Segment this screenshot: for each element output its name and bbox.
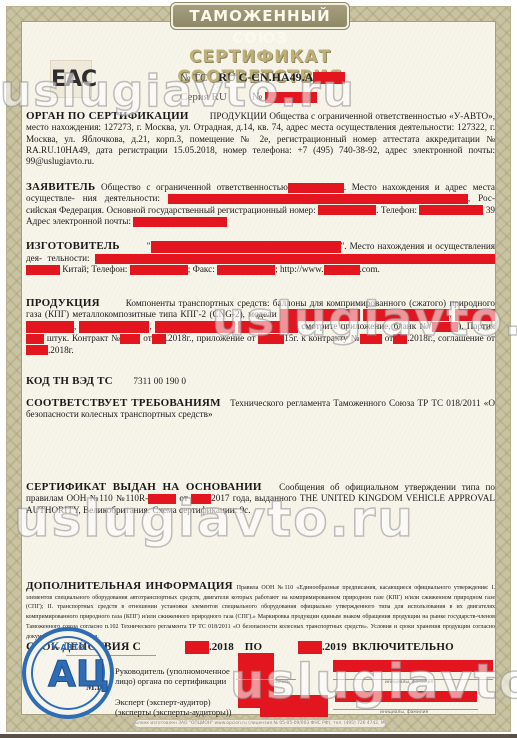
text: от <box>179 493 188 503</box>
redaction <box>298 641 322 654</box>
text: , <box>149 321 151 331</box>
stamp-text: У-АВТО <box>26 643 110 652</box>
section-label: ЗАЯВИТЕЛЬ <box>26 181 95 193</box>
redaction <box>95 254 495 264</box>
head-signature-label: Руководитель (уполномоченное лицо) орган… <box>115 666 230 686</box>
text: .2018г. <box>48 345 74 355</box>
certificate-number: № ТС RU C-CN.HA49.A <box>180 70 345 85</box>
series-no-label: № <box>252 91 263 103</box>
section-tn-ved: КОД ТН ВЭД ТС 7311 00 190 0 <box>26 376 495 387</box>
name-caption: инициалы, фамилия <box>385 680 433 685</box>
section-label: ОРГАН ПО СЕРТИФИКАЦИИ <box>26 110 189 122</box>
redaction <box>130 265 188 275</box>
redaction <box>432 322 458 332</box>
redaction <box>455 309 495 321</box>
redaction <box>155 321 235 333</box>
text: лицо) органа по сертификации <box>115 676 230 686</box>
section-applicant: ЗАЯВИТЕЛЬ Общество с ограниченной ответс… <box>26 182 495 227</box>
redaction <box>288 183 344 193</box>
certificate-series: Серия RU № <box>180 91 317 103</box>
redaction <box>313 72 345 84</box>
redaction <box>318 205 376 215</box>
section-manufacturer: ИЗГОТОВИТЕЛЬ "". Место нахождения и осущ… <box>26 241 495 276</box>
redaction <box>324 265 360 275</box>
text: 15г. к контракту № <box>284 333 360 343</box>
text: Эксперт (эксперт-аудитор) <box>115 697 231 707</box>
text: .com. <box>360 264 380 274</box>
text: ; Факс: <box>188 264 215 274</box>
redaction <box>26 345 48 355</box>
text: Китай; Телефон: <box>62 264 127 274</box>
text: ). <box>458 321 463 331</box>
section-label: СООТВЕТСТВУЕТ ТРЕБОВАНИЯМ <box>26 397 221 409</box>
redaction <box>360 334 382 344</box>
redaction <box>26 321 74 333</box>
section-additional-info: ДОПОЛНИТЕЛЬНАЯ ИНФОРМАЦИЯ Правила ООН №1… <box>26 583 495 641</box>
text: (эксперты (эксперты-аудиторы)) <box>115 707 231 717</box>
redaction <box>280 309 360 321</box>
number-label: № ТС <box>180 72 207 84</box>
section-text: Правила ООН №110 «Единообразные предписа… <box>26 585 495 640</box>
text: сийская Федерация. Основной государствен… <box>26 205 316 215</box>
redaction <box>419 205 483 215</box>
section-requirements: СООТВЕТСТВУЕТ ТРЕБОВАНИЯМ Технического р… <box>26 398 495 421</box>
text: , <box>449 309 451 319</box>
tn-ved-code: 7311 00 190 0 <box>133 376 186 386</box>
stamp-logo-icon: АЦ <box>48 655 88 695</box>
redaction <box>363 309 449 321</box>
redaction-signature-expert <box>260 695 328 717</box>
text: от <box>143 333 152 343</box>
text: , <box>74 321 76 331</box>
section-label: СЕРТИФИКАТ ВЫДАН НА ОСНОВАНИИ <box>26 481 262 493</box>
text: ; http://www. <box>275 264 323 274</box>
text: ния деятельности: <box>83 193 160 203</box>
redaction-head-name <box>333 660 493 672</box>
redaction <box>191 494 211 504</box>
text: , Рос- <box>468 193 495 203</box>
expert-signature-label: Эксперт (эксперт-аудитор) (эксперты (экс… <box>115 697 231 717</box>
redaction <box>185 641 209 654</box>
section-label: ПРОДУКЦИЯ <box>26 297 100 309</box>
redaction <box>120 334 140 344</box>
text: штук. Контракт № <box>47 333 121 343</box>
validity-to-label: ПО <box>245 641 263 653</box>
section-label: КОД ТН ВЭД ТС <box>26 375 113 387</box>
redaction <box>168 194 468 204</box>
redaction <box>26 265 60 275</box>
section-basis: СЕРТИФИКАТ ВЫДАН НА ОСНОВАНИИ Сообщения … <box>26 482 495 516</box>
redaction <box>26 334 44 344</box>
text: . Телефон: <box>376 205 417 215</box>
redaction-expert-name <box>335 691 477 702</box>
redaction <box>393 334 407 344</box>
text: тельности: <box>47 253 89 263</box>
sign-caption: подпись <box>270 680 290 685</box>
redaction <box>79 321 149 333</box>
valid-to: .2019 <box>322 641 347 653</box>
section-product: ПРОДУКЦИЯ Компоненты транспортных средст… <box>26 298 495 356</box>
organization-stamp: У-АВТО АЦ <box>22 627 114 719</box>
text: .2018г., <box>407 333 435 343</box>
redaction <box>258 334 284 344</box>
section-certification-body: ОРГАН ПО СЕРТИФИКАЦИИ ПРОДУКЦИИ Общества… <box>26 111 495 167</box>
text: Руководитель (уполномоченное <box>115 666 230 676</box>
name-caption: инициалы, фамилия <box>380 710 428 715</box>
eac-logo-icon: EAC <box>50 60 92 98</box>
section-label: ДОПОЛНИТЕЛЬНАЯ ИНФОРМАЦИЯ <box>26 580 233 592</box>
text: .2018г., приложение от <box>166 333 256 343</box>
redaction <box>151 241 341 253</box>
valid-from: .2018 <box>209 641 234 653</box>
redaction <box>238 321 298 333</box>
redaction <box>265 92 317 103</box>
redaction <box>133 217 227 227</box>
redaction <box>217 265 275 275</box>
series-label: Серия RU <box>180 91 227 103</box>
validity-inclusive: ВКЛЮЧИТЕЛЬНО <box>352 641 454 653</box>
redaction <box>152 334 166 344</box>
footer-printer-info: Бланк изготовлен ЗАО "ОПЦИОН" www.opcion… <box>134 719 386 728</box>
number-value: RU C-CN.HA49.A <box>218 70 313 84</box>
page-edge <box>0 734 517 738</box>
customs-union-badge: ТАМОЖЕННЫЙ СОЮЗ <box>171 3 349 29</box>
text: соглашение от <box>438 333 495 343</box>
text: Общество с ограниченной ответственностью <box>101 182 288 192</box>
text: Партия <box>467 321 495 331</box>
text: смотрите приложение, бланк № <box>301 321 429 331</box>
text: от <box>385 333 394 343</box>
section-label: ИЗГОТОВИТЕЛЬ <box>26 240 120 252</box>
redaction <box>148 494 176 504</box>
